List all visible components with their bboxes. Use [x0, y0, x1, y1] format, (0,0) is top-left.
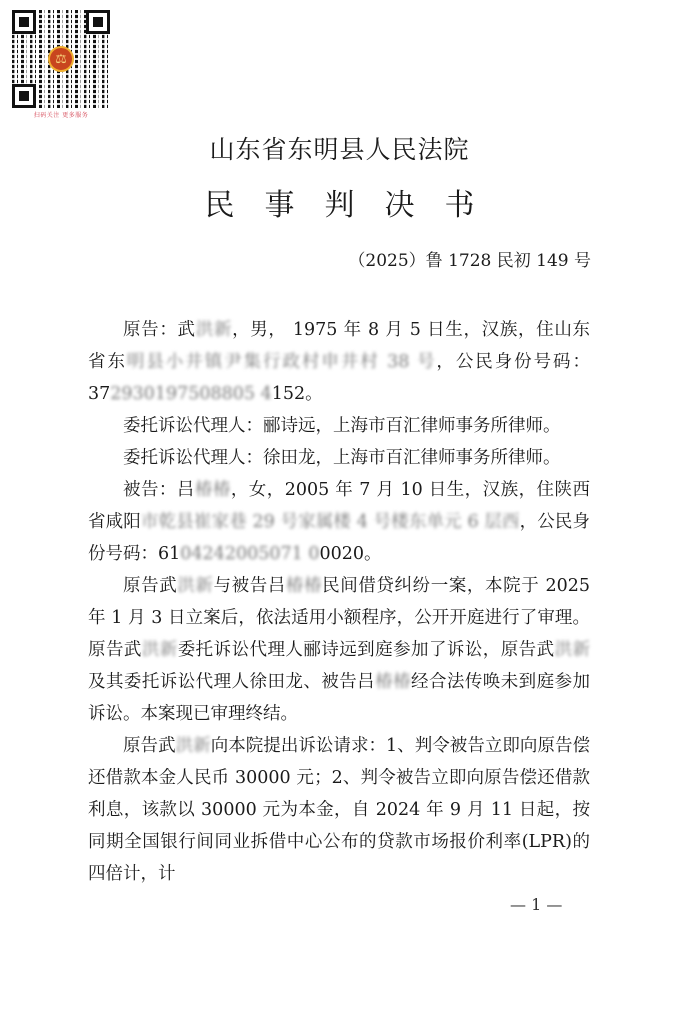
- redacted-name: 洪新: [555, 640, 590, 660]
- page-number: — 1 —: [510, 895, 562, 914]
- qr-finder-top-left: [12, 10, 36, 34]
- text: 与被告吕: [214, 576, 286, 596]
- redacted-name: 椿椿: [286, 576, 322, 596]
- text: 委托诉讼代理人郦诗远到庭参加了诉讼，原告武: [178, 640, 555, 660]
- plaintiff-id-start: 37: [88, 384, 110, 404]
- redacted-defendant-name: 椿椿: [195, 480, 231, 500]
- redacted-name: 洪新: [142, 640, 178, 660]
- court-emblem-icon: ⚖: [48, 46, 74, 72]
- qr-code[interactable]: ⚖: [12, 10, 110, 108]
- defendant-id-start: 61: [158, 544, 180, 564]
- case-number: （2025）鲁 1728 民初 149 号: [348, 246, 591, 271]
- qr-caption: 扫码关注 更多服务: [12, 110, 110, 119]
- claims-paragraph: 原告武洪新向本院提出诉讼请求：1、判令被告立即向原告偿还借款本金人民币 3000…: [88, 730, 590, 890]
- redacted-defendant-address: 市乾县崔家巷 29 号家属楼 4 号楼东单元 6 层西: [141, 512, 520, 532]
- redacted-defendant-id: 04242005071 0: [180, 544, 319, 564]
- redacted-plaintiff-address: 明县小井镇尹集行政村申井村 38 号: [127, 352, 437, 372]
- plaintiff-id-label: ，公民身份号码：: [436, 352, 590, 372]
- court-name: 山东省东明县人民法院: [0, 130, 679, 166]
- agent-2-paragraph: 委托诉讼代理人：徐田龙，上海市百汇律师事务所律师。: [88, 442, 590, 474]
- defendant-address-prefix: 阳: [123, 512, 141, 532]
- redacted-name: 椿椿: [375, 672, 411, 692]
- redacted-plaintiff-id: 2930197508805 4: [110, 384, 271, 404]
- document-title: 民事判决书: [0, 180, 679, 224]
- plaintiff-label: 原告：武: [123, 320, 196, 340]
- defendant-id-end: 0020。: [319, 544, 381, 564]
- agent-1-paragraph: 委托诉讼代理人：郦诗远，上海市百汇律师事务所律师。: [88, 410, 590, 442]
- document-body: 原告：武洪新，男， 1975 年 8 月 5 日生，汉族，住山东省东明县小井镇尹…: [88, 314, 590, 890]
- text: 及其委托诉讼代理人徐田龙、被告吕: [88, 672, 375, 692]
- text: 原告武: [123, 576, 177, 596]
- qr-finder-bottom-left: [12, 84, 36, 108]
- text: 向本院提出诉讼请求：1、判令被告立即向原告偿还借款本金人民币 30000 元；2…: [88, 736, 590, 884]
- plaintiff-id-end: 152。: [272, 384, 323, 404]
- qr-finder-top-right: [86, 10, 110, 34]
- defendant-paragraph: 被告：吕椿椿，女，2005 年 7 月 10 日生，汉族，住陕西省咸阳市乾县崔家…: [88, 474, 590, 570]
- redacted-plaintiff-name: 洪新: [196, 320, 232, 340]
- plaintiff-paragraph: 原告：武洪新，男， 1975 年 8 月 5 日生，汉族，住山东省东明县小井镇尹…: [88, 314, 590, 410]
- defendant-label: 被告：吕: [123, 480, 195, 500]
- case-intro-paragraph: 原告武洪新与被告吕椿椿民间借贷纠纷一案，本院于 2025 年 1 月 3 日立案…: [88, 570, 590, 730]
- text: 原告武: [123, 736, 176, 756]
- redacted-name: 洪新: [177, 576, 213, 596]
- redacted-name: 洪新: [176, 736, 211, 756]
